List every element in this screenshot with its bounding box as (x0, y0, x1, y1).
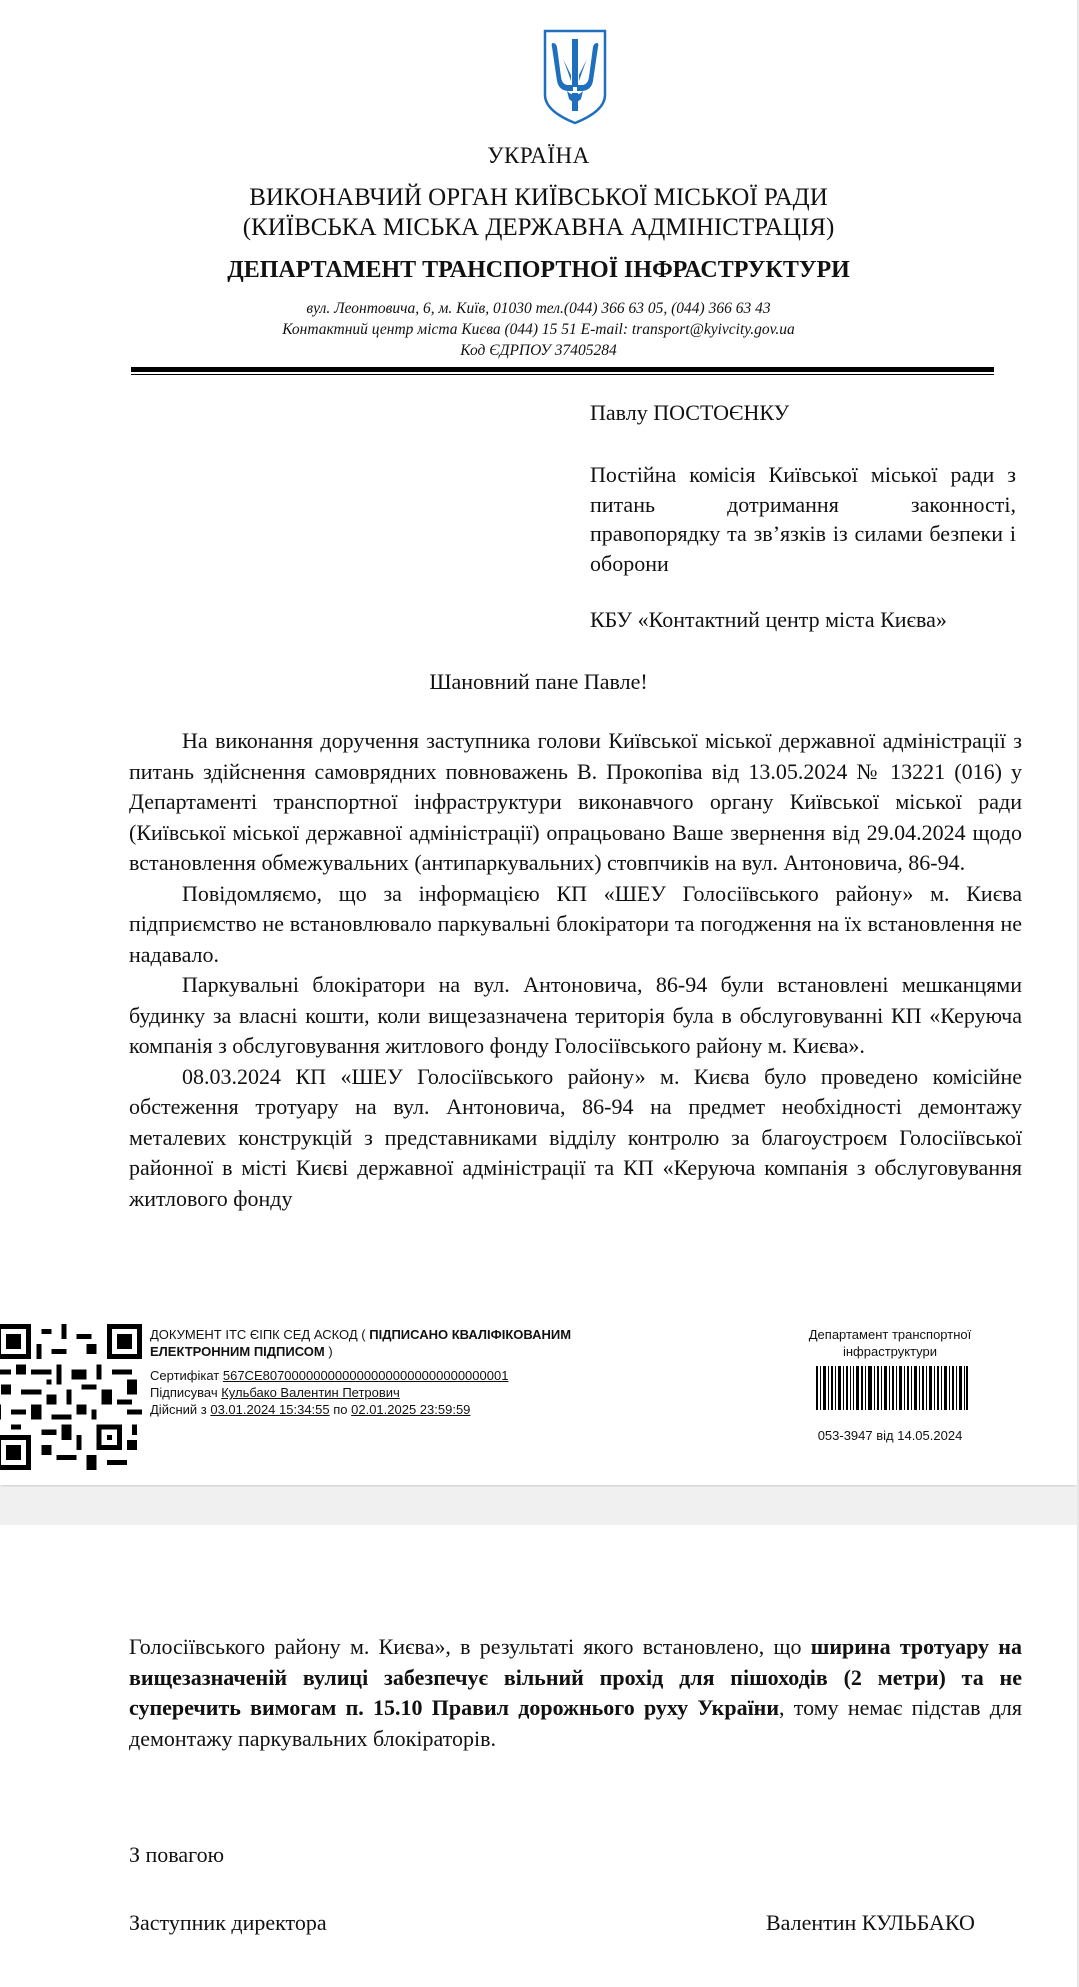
validity-row: Дійсний з 03.01.2024 15:34:55 по 02.01.2… (150, 1401, 650, 1418)
valid-to: 02.01.2025 23:59:59 (351, 1402, 470, 1417)
signer-name: Валентин КУЛЬБАКО (766, 1910, 975, 1936)
org-name-line2: (КИЇВСЬКА МІСЬКА ДЕРЖАВНА АДМІНІСТРАЦІЯ) (0, 214, 1077, 242)
body-paragraph: 08.03.2024 КП «ШЕУ Голосіївського району… (129, 1062, 1022, 1215)
recipient-name: Павлу ПОСТОЄНКУ (590, 398, 1016, 428)
signature-info: ДОКУМЕНТ ІТС ЄІПК СЕД АСКОД ( ПІДПИСАНО … (150, 1326, 650, 1418)
stamp-title-text: ДОКУМЕНТ ІТС ЄІПК СЕД АСКОД ( (150, 1327, 369, 1342)
department-name: ДЕПАРТАМЕНТ ТРАНСПОРТНОЇ ІНФРАСТРУКТУРИ (0, 257, 1077, 284)
document-page-1: УКРАЇНА ВИКОНАВЧИЙ ОРГАН КИЇВСЬКОЇ МІСЬК… (0, 0, 1077, 1485)
valid-label: Дійсний з (150, 1402, 210, 1417)
certificate-value: 567CE8070000000000000000000000000000001 (223, 1368, 509, 1383)
contact-line: Контактний центр міста Києва (044) 15 51… (0, 321, 1077, 339)
certificate-row: Сертифікат 567CE807000000000000000000000… (150, 1367, 650, 1384)
signer-label: Підписувач (150, 1385, 221, 1400)
recipient-commission: Постійна комісія Київської міської ради … (590, 460, 1016, 578)
continuation-text: Голосіївського району м. Києва», в резул… (129, 1634, 811, 1659)
body-paragraph: Паркувальні блокіратори на вул. Антонови… (129, 970, 1022, 1062)
signer-position: Заступник директора (129, 1910, 327, 1936)
e-signature-stamp: ДОКУМЕНТ ІТС ЄІПК СЕД АСКОД ( ПІДПИСАНО … (0, 1318, 1077, 1473)
letter-body: На виконання доручення заступника голови… (129, 726, 1022, 1214)
page-separator (0, 1487, 1077, 1525)
valid-mid: по (330, 1402, 352, 1417)
closing-salutation: З повагою (129, 1842, 224, 1868)
barcode-icon (816, 1366, 968, 1410)
certificate-label: Сертифікат (150, 1368, 223, 1383)
org-name-line1: ВИКОНАВЧИЙ ОРГАН КИЇВСЬКОЇ МІСЬКОЇ РАДИ (0, 184, 1077, 212)
stamp-title-close: ) (325, 1344, 333, 1359)
country-title: УКРАЇНА (0, 143, 1077, 169)
stamp-department: Департамент транспортної інфраструктури (790, 1326, 990, 1360)
greeting: Шановний пане Павле! (0, 669, 1077, 695)
header-divider-thick (131, 367, 994, 372)
edrpou-line: Код ЄДРПОУ 37405284 (0, 342, 1077, 360)
body-continuation: Голосіївського району м. Києва», в резул… (129, 1632, 1022, 1754)
stamp-title: ДОКУМЕНТ ІТС ЄІПК СЕД АСКОД ( ПІДПИСАНО … (150, 1326, 650, 1360)
header-divider-thin (131, 374, 994, 375)
address-line: вул. Леонтовича, 6, м. Київ, 01030 тел.(… (0, 300, 1077, 318)
body-paragraph: На виконання доручення заступника голови… (129, 726, 1022, 879)
ukraine-coat-of-arms-icon (543, 29, 607, 125)
valid-from: 03.01.2024 15:34:55 (210, 1402, 329, 1417)
signer-value: Кульбако Валентин Петрович (221, 1385, 400, 1400)
recipient-cc: КБУ «Контактний центр міста Києва» (590, 605, 1016, 635)
body-paragraph: Повідомляємо, що за інформацією КП «ШЕУ … (129, 879, 1022, 971)
registration-number: 053-3947 від 14.05.2024 (780, 1428, 1000, 1443)
qr-code-icon (0, 1324, 142, 1470)
signer-row: Підписувач Кульбако Валентин Петрович (150, 1384, 650, 1401)
